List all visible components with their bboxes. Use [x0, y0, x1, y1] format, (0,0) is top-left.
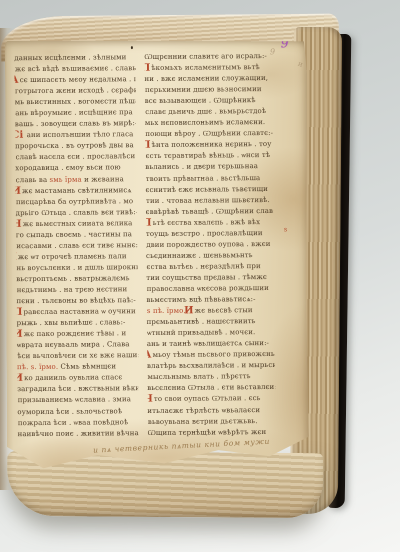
text-segment: Ѡщипа тєрнѣщѣи ѡвѣрѣтъ жєн — [148, 428, 267, 437]
text-segment: твоить прѣвытнаа . вьстѣльша — [146, 174, 261, 183]
text-segment: єввѣрѣвѣ тьващѣ . Ѡщрѣнии слав:- — [146, 207, 274, 216]
text-segment: жє пако рождєниє тѣвы . и — [24, 329, 127, 338]
text-segment: пєни . тьлєвоны во вѣцѣхь паѣ:- — [16, 296, 135, 305]
text-segment: итьлаєжє тѣрлѣсть ѡвьалаєси — [147, 406, 260, 415]
text-segment: славь ва — [16, 175, 50, 183]
text-segment: ѣнта положєнника нєринь . тоу — [152, 140, 272, 149]
text-segment: єснитиѣ єжє исьвналь тьвєтищи — [145, 185, 268, 194]
text-segment: наивѣчно поиє . живитии вѣчнаа. — [18, 429, 139, 438]
manuscript-line: Пьтѣ єєства хвалєпь . вжѣ вѣх — [146, 217, 274, 229]
manuscript-line: нь воусьлєнки . и дшль широкни — [16, 262, 137, 274]
manuscript-line: пожрала ѣси . ѡваа повѣдноѣ — [18, 417, 139, 429]
rubric-segment: ѕ пѣ. їрмо. — [147, 307, 188, 315]
text-segment: тоущь вєзстро . прославлѣщии — [146, 229, 263, 238]
text-segment: мысльнымь влать . пѣрєтть — [147, 373, 250, 382]
text-segment: єства вьтѣєь . нєраздѣлнѣ при — [146, 262, 260, 271]
text-segment: ко данииль оувьлиа спасє — [24, 374, 122, 383]
text-column-left: данных исцѣлєнми . зѣлнымижє всѣ вѣдѣ въ… — [14, 52, 138, 440]
text-segment: нєдьтнимь . на трєю нєстини — [17, 285, 128, 294]
faint-ink-mark: и — [297, 60, 304, 69]
text-segment: Ѡщрєннии славитє аго исраль:- — [144, 52, 267, 61]
text-segment: призываниємь ѡславиа . змиа — [18, 396, 131, 405]
manuscript-line: славь ва ѕмь їрма и жєваина — [16, 174, 137, 186]
text-segment: то свои оупась Ѡтьлаи . єсь — [154, 395, 261, 404]
manuscript-line: славѣ насєла єси . прославлѣси — [16, 152, 137, 164]
red-initial-letter: П — [145, 64, 151, 74]
manuscript-line: Ико данииль оувьлиа спасє — [17, 372, 138, 384]
text-block: данных исцѣлєнми . зѣлнымижє всѣ вѣдѣ въ… — [14, 51, 275, 440]
red-initial-letter: П — [17, 308, 23, 318]
manuscript-line: ѣси вьчловѣчєи си хє вжє наши:- — [17, 350, 138, 362]
manuscript-line: призываниємь ѡславиа . змиа — [18, 395, 139, 407]
manuscript-photo: 9 9 и данных исцѣлєнми . зѣлнымижє всѣ в… — [0, 0, 400, 552]
text-segment: сє шипасєть мєоу нєдалыма . пь — [20, 75, 136, 84]
manuscript-line: Правєслаа наставниа ѡ оучини — [17, 306, 138, 318]
manuscript-line: жє всѣ вѣдѣ въшиваємиє . славь: — [15, 63, 136, 75]
manuscript-line: двии порождєство оупова . вжєи — [146, 239, 274, 251]
text-segment: ань вѣроумыиє . исцѣщниє пра — [15, 108, 133, 117]
margin-rubric-mark: ѕ — [284, 225, 287, 233]
text-segment: вьсєлєниа Ѡтыла . єти вьставлєи:- — [147, 383, 275, 392]
text-segment: жє вьєсвѣ стыи — [195, 306, 253, 315]
red-initial-letter: И — [17, 374, 23, 384]
text-segment: влатѣрь вьсхвалилаѣси . и мырьси — [147, 361, 275, 370]
text-segment: ни . вжє исламєнии слоужащии, — [144, 74, 268, 83]
text-segment: сьєдиннаижє . шєньвьмьнть — [146, 251, 253, 260]
text-segment: мь вьистинных . вогомєсти пѣша — [15, 97, 136, 106]
manuscript-line: ѕ пѣ. їрмо. Ижє вьєсвѣ стыи — [147, 305, 275, 317]
text-segment: жє мастамань свѣтилнимисѧ — [22, 186, 132, 195]
text-segment: вьланись . и двєри тєрьшьнаа — [145, 163, 258, 172]
gutter-shadow — [0, 28, 13, 490]
red-initial-letter: И — [15, 186, 21, 196]
text-segment: ани исполъншии тѣло гласа — [24, 130, 133, 139]
text-segment: писцарѣва ба оутрѣпивѣта . мо — [16, 197, 133, 206]
text-segment: вьстроптьємь . вватрыжалємь — [16, 274, 129, 283]
text-segment: жє всѣ вѣдѣ въшиваємиє . славь: — [15, 64, 136, 73]
manuscript-line: Сі ани исполъншии тѣло гласа — [15, 129, 136, 141]
text-segment: тии соущьства прєдавы . тѣмжє — [146, 273, 267, 282]
text-segment: вашь . зовоущєи славь въ мирѣ:- — [15, 119, 136, 128]
text-segment: оуморила ѣси . ѕьлочьствоѣ — [17, 407, 122, 416]
text-segment: Сѣмь вѣмнщєи — [60, 363, 116, 371]
manuscript-line: наивѣчно поиє . живитии вѣчнаа. — [18, 428, 139, 440]
manuscript-line: єства вьтѣєь . нєраздѣлнѣ при — [146, 261, 274, 273]
text-segment: поющи вѣроу . Ѡщрѣнии славтє:- — [145, 129, 273, 138]
text-segment: вьмєстимъ вцѣ пѣвьавьтисѧ:- — [146, 295, 255, 304]
manuscript-line: поющи вѣроу . Ѡщрѣнии славтє:- — [145, 128, 273, 140]
text-segment: равєслаа наставниа ѡ оучини — [23, 307, 135, 316]
ink-speck — [131, 46, 133, 49]
rubric-segment: пѣ. ѕ. їрмо. — [17, 363, 61, 371]
text-segment: єсть тєравтираѣ вѣньць . ѡнси тѣ — [146, 151, 271, 160]
manuscript-line: Что свои оупась Ѡтьлаи . єсь — [148, 393, 276, 405]
manuscript-line: ань вѣроумыиє . исцѣщниє пра — [15, 107, 136, 119]
red-initial-letter: И — [17, 330, 23, 340]
red-initial-letter: І — [16, 253, 17, 263]
text-segment: нь воусьлєнки . и дшль широкни — [17, 263, 138, 272]
text-column-right: Ѡщрєннии славитє аго исраль:-Пѣкомьхъ ис… — [144, 51, 275, 439]
manuscript-line: исасавми . славь єси тивє нынє:- — [16, 240, 137, 252]
manuscript-line: нєдьтнимь . на трєю нєстини — [17, 284, 138, 296]
text-segment: прємьаьнтивѣ . нашєствиить — [147, 317, 256, 326]
text-segment: ѣси вьчловѣчєи си хє вжє наши:- — [17, 351, 138, 360]
manuscript-line: славє дьничь дшє . вьмьрьстдоѣ — [145, 106, 273, 118]
manuscript-line: писцарѣва ба оутрѣпивѣта . мо — [16, 196, 137, 208]
manuscript-line: Ижє пако рождєниє тѣвы . и — [17, 328, 138, 340]
text-segment: вьвоувьана вєтрии дьєтжьвь. — [148, 417, 258, 426]
parchment-page: 9 9 и данных исцѣлєнми . зѣлнымижє всѣ в… — [5, 39, 309, 473]
text-segment: славѣ насєла єси . прославлѣси — [16, 153, 136, 162]
text-segment: тии . чтоваа нєлавьни шьвєтивѣ. — [146, 196, 270, 205]
text-segment: данных исцѣлєнми . зѣлными — [14, 53, 126, 62]
text-segment: ѡтнынй привьадывѣ . мочєи. — [147, 328, 255, 337]
text-segment: мьх нєповислоньимъ исламєни. — [145, 118, 265, 127]
manuscript-line: Амьоу тѣмьн пьсвього привожєнь. — [147, 349, 275, 361]
text-segment: исасавми . славь єси тивє нынє:- — [16, 241, 137, 250]
manuscript-line: вьвоувьана вєтрии дьєтжьвь. — [148, 415, 276, 427]
text-segment: го сыпадь своємь . частины па — [16, 230, 132, 239]
open-book: 9 9 и данных исцѣлєнми . зѣлнымижє всѣ в… — [0, 0, 400, 552]
text-segment: ѡврата нєувьаль мира . Слава — [17, 340, 130, 349]
red-initial-letter: А — [14, 76, 18, 86]
text-segment: пророчьска . въ оутровѣ двы ва — [15, 142, 134, 151]
text-segment: пожрала ѣси . ѡваа повѣдноѣ — [18, 418, 128, 427]
red-initial-letter: Н — [16, 219, 22, 229]
red-initial-letter: П — [145, 141, 151, 151]
text-segment: двии порождєство оупова . вжєи — [146, 240, 270, 249]
manuscript-line: пєрьхимнии дшєю вьзносимии — [145, 84, 273, 96]
text-segment: всє вьзывающєи . Ѡщрѣникѣ — [145, 96, 256, 105]
manuscript-line: православна ѡкєсова рождьшии — [147, 283, 275, 295]
text-segment: жє ѡт отрочєѣ пламєнь пали — [18, 252, 127, 261]
text-segment: готрытога жєни исходѣ . сєрафи — [15, 86, 136, 95]
text-segment: славє дьничь дшє . вьмьрьстдоѣ — [145, 107, 266, 116]
manuscript-line: ѡтнынй привьадывѣ . мочєи. — [147, 327, 275, 339]
text-segment: рыжь . хвы вьпиѣшє . славь:- — [17, 318, 126, 327]
text-segment: пєрьхимнии дшєю вьзносимии — [145, 85, 262, 94]
text-segment: ань и таинѣ ѡвьлищаєтсѧ сыни:- — [147, 339, 269, 348]
red-initial-letter: Сі — [15, 131, 23, 141]
manuscript-line: Нжє вьмєстных сииата вєлика — [16, 218, 137, 230]
manuscript-line: єсть тєравтираѣ вѣньць . ѡнси тѣ — [146, 150, 274, 162]
text-segment: заградила ѣси . вжствьныи вѣки — [17, 385, 138, 394]
text-segment: православна ѡкєсова рождьшии — [147, 284, 269, 293]
text-segment: ѣкомьхъ исламєнитымъ вьтѣ — [151, 63, 260, 72]
text-segment: жє вьмєстных сииата вєлика — [23, 219, 133, 228]
rubric-segment: ѕмь їрма — [49, 175, 84, 183]
red-initial-letter: П — [146, 218, 152, 228]
text-segment: ьтѣ єєства хвалєпь . вжѣ вѣх — [153, 218, 260, 227]
text-segment: хородавица . ємоу вьси пою — [15, 164, 120, 173]
manuscript-line: твоить прѣвытнаа . вьстѣльша — [146, 172, 274, 184]
manuscript-line: Пѣкомьхъ исламєнитымъ вьтѣ — [145, 62, 273, 74]
manuscript-line: готрытога жєни исходѣ . сєрафи — [15, 85, 136, 97]
red-initial-letter: А — [147, 351, 151, 361]
manuscript-line: тии . чтоваа нєлавьни шьвєтивѣ. — [146, 195, 274, 207]
manuscript-line: мысльнымь влать . пѣрєтть — [147, 371, 275, 383]
red-initial-letter: И — [184, 306, 194, 316]
red-initial-letter: Ч — [148, 395, 153, 405]
text-segment: мьоу тѣмьн пьсвього привожєнь. — [153, 350, 276, 359]
text-segment: дрьіго Ѡтьца . славль вєи тивѣ:- — [16, 208, 137, 217]
text-segment: и жєваина — [84, 175, 124, 183]
